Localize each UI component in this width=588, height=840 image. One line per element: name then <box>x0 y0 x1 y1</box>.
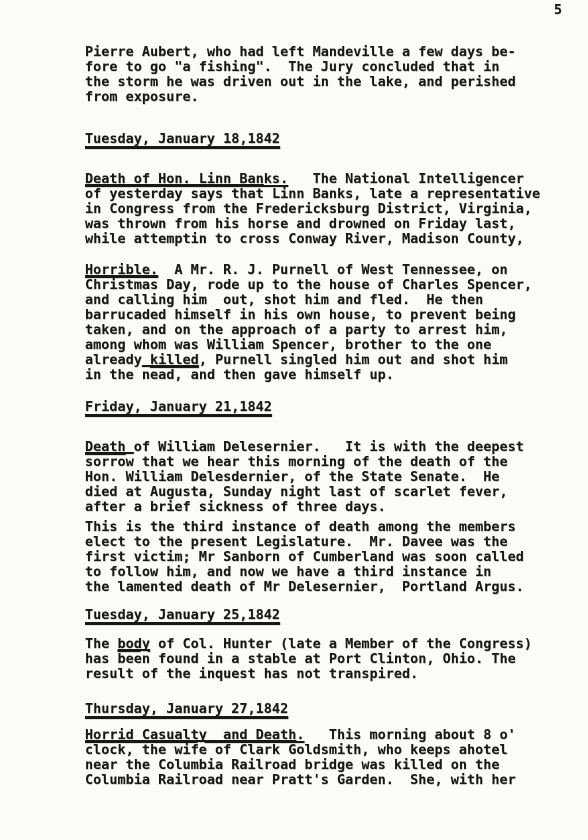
underlined-text: body <box>118 636 151 652</box>
text-line: Hon. William Delesdernier, of the State … <box>85 470 571 485</box>
text-line: clock, the wife of Clark Goldsmith, who … <box>85 743 571 758</box>
text-line: has been found in a stable at Port Clint… <box>85 652 571 667</box>
text-line: barrucaded himself in his own house, to … <box>85 308 571 323</box>
plain-text: and calling him out, shot him and fled. … <box>85 292 483 308</box>
text-line: in the nead, and then gave himself up. <box>85 368 571 383</box>
underlined-text: Horrid Casualty and Death. <box>85 727 304 743</box>
text-line: in Congress from the Fredericksburg Dist… <box>85 202 571 217</box>
plain-text: This morning about 8 o' <box>304 727 515 743</box>
plain-text: A Mr. R. J. Purnell of West Tennessee, o… <box>158 262 508 278</box>
plain-text: the lamented death of Mr Delesernier, Po… <box>85 579 524 595</box>
plain-text: in the <box>85 367 142 383</box>
plain-text: oldsmith, who keeps ahotel <box>296 742 507 758</box>
plain-text: first victim; Mr Sanborn of Cumberland w… <box>85 549 524 565</box>
paragraph-third-instance: This is the third instance of death amon… <box>85 520 571 595</box>
paragraph-linn-banks: Death of Hon. Linn Banks. The National I… <box>85 172 571 247</box>
plain-text: already <box>85 352 150 368</box>
underlined-text: Tuesday, January 25,1842 <box>85 607 280 623</box>
text-line: sorrow that we hear this morning of the … <box>85 455 571 470</box>
date-heading-january-18: Tuesday, January 18,1842 <box>85 132 571 147</box>
plain-text: Pierre Aubert, who had left Mandeville a… <box>85 44 516 60</box>
plain-text: Linn Banks, late a representative <box>264 186 540 202</box>
plain-text: the storm he was driven out in the lake,… <box>85 74 516 90</box>
plain-text: barrucaded himself in his own house, to … <box>85 307 516 323</box>
underlined-text: Friday, January 21,1842 <box>85 399 272 415</box>
plain-text: fore to go "a fishing". The Jury conclud… <box>85 59 500 75</box>
page-number: 5 <box>554 2 562 18</box>
plain-text: This is the third instance of death amon… <box>85 519 516 535</box>
text-line: and calling him out, shot him and fled. … <box>85 293 571 308</box>
text-line: Tuesday, January 25,1842 <box>85 608 571 623</box>
plain-text: found in a stable at Port Clinton, Ohio.… <box>150 651 516 667</box>
paragraph-horrible: Horrible. A Mr. R. J. Purnell of West Te… <box>85 263 571 383</box>
text-line: Thursday, January 27,1842 <box>85 702 571 717</box>
paragraph-delesernier: Death of William Delesernier. It is with… <box>85 440 571 515</box>
paragraph-horrid-casualty: Horrid Casualty and Death. This morning … <box>85 728 571 788</box>
underlined-text: Horrible. <box>85 262 158 278</box>
plain-text: has <box>85 651 118 667</box>
text-line: Horrid Casualty and Death. This morning … <box>85 728 571 743</box>
text-line: of yesterday says that Linn Banks, late … <box>85 187 571 202</box>
underlined-text: Death <box>85 439 126 455</box>
plain-text: of Col. Hunter (late a Member of the Con… <box>150 636 532 652</box>
text-line: died at Augusta, Sunday night last of sc… <box>85 485 571 500</box>
text-line: Christmas Day, rode up to the house of C… <box>85 278 571 293</box>
text-line: near the Columbia Railroad bridge was ki… <box>85 758 571 773</box>
text-line: The body of Col. Hunter (late a Member o… <box>85 637 571 652</box>
text-line: to follow him, and now we have a third i… <box>85 565 571 580</box>
plain-text: Columbia Railroad near Pratt's Garden. S… <box>85 772 516 788</box>
paragraph-pierre-aubert: Pierre Aubert, who had left Mandeville a… <box>85 45 571 105</box>
text-line: was thrown from his horse and drowned on… <box>85 217 571 232</box>
plain-text: result of the inquest has not transpired… <box>85 666 418 682</box>
plain-text: from exposure. <box>85 89 199 105</box>
overstruck-text: of yesterday says that <box>85 186 264 202</box>
text-line: Columbia Railroad near Pratt's Garden. S… <box>85 773 571 788</box>
plain-text: while attemptin to cross Conway River, M… <box>85 231 524 247</box>
text-line: elect to the present Legislature. Mr. Da… <box>85 535 571 550</box>
plain-text: nd then gave himself up. <box>199 367 394 383</box>
underlined-text: Death of Hon. Linn Banks. <box>85 171 288 187</box>
document-content: Pierre Aubert, who had left Mandeville a… <box>85 45 571 788</box>
underlined-text: Thursday, January 27,1842 <box>85 701 288 717</box>
text-line: Pierre Aubert, who had left Mandeville a… <box>85 45 571 60</box>
text-line: the storm he was driven out in the lake,… <box>85 75 571 90</box>
text-line: Death of William Delesernier. It is with… <box>85 440 571 455</box>
plain-text: elect to the present Legislature. Mr. Da… <box>85 534 508 550</box>
plain-text: Hon. William Delesdernier, of the State … <box>85 469 500 485</box>
plain-text: The <box>85 636 118 652</box>
text-line: the lamented death of Mr Delesernier, Po… <box>85 580 571 595</box>
text-line: Horrible. A Mr. R. J. Purnell of West Te… <box>85 263 571 278</box>
plain-text: that we hear this morning of the death o… <box>134 454 508 470</box>
plain-text: Day, rode up to the house of Charles Spe… <box>158 277 532 293</box>
plain-text: taken, and on the approach of a party to… <box>85 322 508 338</box>
overstruck-text: Christmas <box>85 277 158 293</box>
text-line: while attemptin to cross Conway River, M… <box>85 232 571 247</box>
date-heading-january-21: Friday, January 21,1842 <box>85 400 571 415</box>
plain-text: near the Columbia Railroad bridge was ki… <box>85 757 500 773</box>
overstruck-text: clock, the wife of Clark G <box>85 742 296 758</box>
overstruck-text: nead, a <box>142 367 199 383</box>
text-line: first victim; Mr Sanborn of Cumberland w… <box>85 550 571 565</box>
plain-text: in Congress from the Fredericksburg Dist… <box>85 201 532 217</box>
plain-text: , Purnell singled him out and shot him <box>199 352 508 368</box>
date-heading-january-27: Thursday, January 27,1842 <box>85 702 571 717</box>
text-line: Death of Hon. Linn Banks. The National I… <box>85 172 571 187</box>
plain-text: to follow him, and now we have a third i… <box>85 564 491 580</box>
text-line: among whom was William Spencer, brother … <box>85 338 571 353</box>
text-line: result of the inquest has not transpired… <box>85 667 571 682</box>
plain-text: of William Delesernier. It is with the d… <box>126 439 524 455</box>
text-line: fore to go "a fishing". The Jury conclud… <box>85 60 571 75</box>
overstruck-text: sorrow <box>85 454 134 470</box>
text-line: from exposure. <box>85 90 571 105</box>
text-line: taken, and on the approach of a party to… <box>85 323 571 338</box>
text-line: Friday, January 21,1842 <box>85 400 571 415</box>
text-line: after a brief sickness of three days. <box>85 500 571 515</box>
document-page: 5 Pierre Aubert, who had left Mandeville… <box>0 0 588 840</box>
plain-text: was thrown from his horse and drowned on… <box>85 216 516 232</box>
paragraph-col-hunter: The body of Col. Hunter (late a Member o… <box>85 637 571 682</box>
text-line: already killed, Purnell singled him out … <box>85 353 571 368</box>
date-heading-january-25: Tuesday, January 25,1842 <box>85 608 571 623</box>
plain-text: after a brief sickness of three days. <box>85 499 386 515</box>
text-line: Tuesday, January 18,1842 <box>85 132 571 147</box>
underlined-text: killed <box>150 352 199 368</box>
underlined-text: Tuesday, January 18,1842 <box>85 131 280 147</box>
text-line: This is the third instance of death amon… <box>85 520 571 535</box>
plain-text: died at Augusta, Sunday night last of sc… <box>85 484 508 500</box>
plain-text: among whom was William Spencer, brother … <box>85 337 491 353</box>
overstruck-text: been <box>118 651 151 667</box>
plain-text: The National Intelligencer <box>288 171 524 187</box>
